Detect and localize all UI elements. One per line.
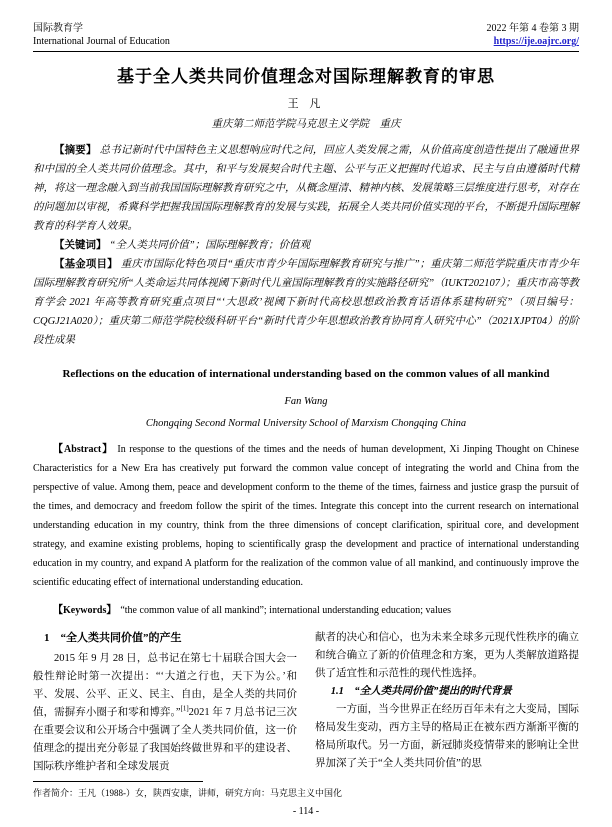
author-name-cn: 王 凡: [33, 97, 579, 111]
citation-ref-1: [1]: [181, 705, 189, 713]
header-divider: [33, 51, 579, 52]
journal-name-cn: 国际教育学: [33, 22, 170, 35]
left-column: 1 “全人类共同价值”的产生 2015 年 9 月 28 日，总书记在第七十届联…: [33, 629, 297, 776]
keywords-en: 【Keywords】“the common value of all manki…: [33, 601, 579, 620]
article-title-en: Reflections on the education of internat…: [43, 367, 569, 382]
journal-identity: 国际教育学 International Journal of Education: [33, 22, 170, 48]
section-1-1-heading: 1.1 “全人类共同价值”提出的时代背景: [315, 683, 579, 701]
abstract-text-en: In response to the questions of the time…: [33, 444, 579, 588]
author-bio: 作者简介：王凡（1988-）女，陕西安康，讲师，研究方向：马克思主义中国化: [33, 787, 579, 799]
keywords-label-en: 【Keywords】: [53, 605, 120, 616]
page-number: - 114 -: [33, 806, 579, 817]
keywords-text-en: “the common value of all mankind”; inter…: [120, 605, 451, 616]
keywords-text-cn: “全人类共同价值”；国际理解教育；价值观: [110, 240, 311, 251]
journal-url-link[interactable]: https://ije.oajrc.org/: [494, 36, 579, 47]
body-columns: 1 “全人类共同价值”的产生 2015 年 9 月 28 日，总书记在第七十届联…: [33, 629, 579, 776]
section-1-paragraph: 2015 年 9 月 28 日，总书记在第七十届联合国大会一般性辩论时第一次提出…: [33, 650, 297, 776]
journal-page: 国际教育学 International Journal of Education…: [0, 0, 612, 827]
keywords-cn: 【关键词】“全人类共同价值”；国际理解教育；价值观: [33, 236, 579, 255]
journal-name-en: International Journal of Education: [33, 35, 170, 48]
right-column: 献者的决心和信心，也为未来全球多元现代性秩序的确立和统合确立了新的价值理念和方案…: [315, 629, 579, 776]
page-header: 国际教育学 International Journal of Education…: [33, 22, 579, 48]
footnote-divider: [33, 781, 203, 782]
abstract-cn: 【摘要】总书记新时代中国特色主义思想响应时代之问，回应人类发展之需，从价值高度创…: [33, 141, 579, 236]
author-name-en: Fan Wang: [33, 395, 579, 409]
affiliation-cn: 重庆第二师范学院马克思主义学院 重庆: [33, 118, 579, 132]
issue-block: 2022 年第 4 卷第 3 期 https://ije.oajrc.org/: [487, 22, 580, 48]
article-title-cn: 基于全人类共同价值理念对国际理解教育的审思: [33, 65, 579, 89]
funding-text: 重庆市国际化特色项目“重庆市青少年国际理解教育研究与推广”；重庆第二师范学院重庆…: [33, 259, 579, 346]
section-1-heading: 1 “全人类共同价值”的产生: [33, 629, 297, 648]
abstract-label-en: 【Abstract】: [53, 444, 117, 455]
keywords-label-cn: 【关键词】: [54, 240, 110, 251]
section-1-paragraph-continued: 献者的决心和信心，也为未来全球多元现代性秩序的确立和统合确立了新的价值理念和方案…: [315, 629, 579, 683]
funding-label: 【基金项目】: [54, 259, 121, 270]
funding-note: 【基金项目】重庆市国际化特色项目“重庆市青少年国际理解教育研究与推广”；重庆第二…: [33, 255, 579, 350]
affiliation-en: Chongqing Second Normal University Schoo…: [33, 417, 579, 431]
page-footer: 作者简介：王凡（1988-）女，陕西安康，讲师，研究方向：马克思主义中国化 - …: [33, 781, 579, 817]
abstract-en: 【Abstract】In response to the questions o…: [33, 440, 579, 592]
section-1-1-paragraph: 一方面，当今世界正在经历百年未有之大变局，国际格局发生变动，西方主导的格局正在被…: [315, 701, 579, 773]
abstract-text-cn: 总书记新时代中国特色主义思想响应时代之问，回应人类发展之需，从价值高度创造性提出…: [33, 145, 579, 232]
issue-info: 2022 年第 4 卷第 3 期: [487, 22, 580, 35]
abstract-label-cn: 【摘要】: [54, 145, 100, 156]
